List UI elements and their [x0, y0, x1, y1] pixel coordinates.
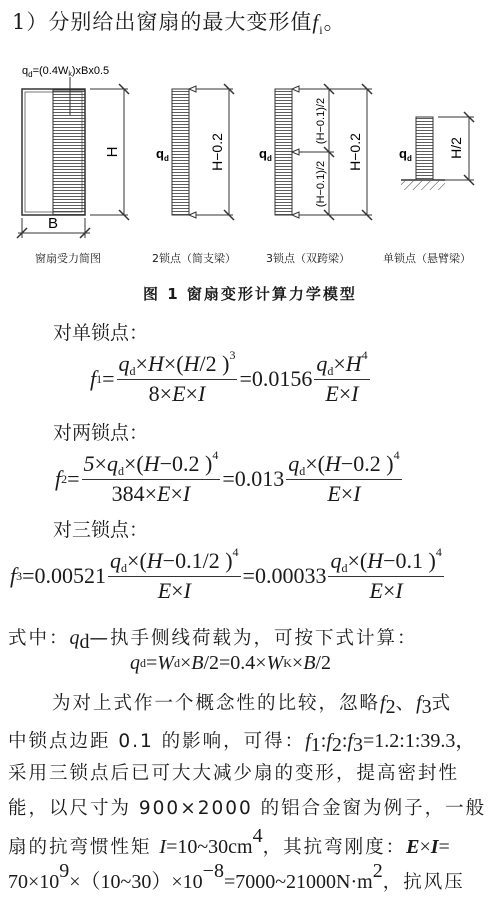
label-three-lock: 对三锁点：	[53, 515, 148, 542]
paragraph-line-2: 中锁点边距 0.1 的影响，可得：f1:f2:f3=1.2:1:39.3，	[8, 724, 475, 757]
caption-single-lock: 单锁点（悬臂梁）	[383, 250, 471, 266]
figure-caption: 图 1 窗扇变形计算力学模型	[0, 283, 500, 304]
svg-text:(H−0.1)/2: (H−0.1)/2	[315, 98, 327, 144]
svg-text:H−0.2: H−0.2	[347, 133, 363, 171]
two-lock-diagram: qd H−0.2	[156, 84, 234, 220]
qd-formula: qd=Wd×B/2=0.4×WK×B/2	[130, 652, 331, 675]
single-lock-diagram: qd H/2	[399, 112, 474, 190]
equation-f1: f1= qd×H×(H/2 )38×E×I =0.0156 qd×H4E×I	[90, 352, 372, 406]
caption-two-lock: 2锁点（简支梁）	[152, 250, 236, 266]
load-formula: qd=(0.4Wk)xBx0.5	[22, 65, 109, 79]
label-two-lock: 对两锁点：	[53, 418, 148, 445]
paragraph-line-6: 70×109×（10~30）×10−8=7000~21000N·m2，抗风压	[8, 864, 465, 894]
svg-text:B: B	[48, 215, 58, 232]
paragraph-line-4: 能，以尺寸为 900×2000 的铝合金窗为例子，一般	[8, 794, 486, 820]
caption-three-lock: 3锁点（双跨梁）	[266, 250, 350, 266]
label-single-lock: 对单锁点：	[53, 318, 148, 345]
heading-suffix: 。	[324, 10, 346, 34]
svg-text:qd: qd	[399, 146, 412, 163]
heading-var: fi	[312, 10, 323, 34]
svg-text:(H−0.1)/2: (H−0.1)/2	[315, 161, 327, 207]
caption-sash: 窗扇受力简图	[35, 250, 101, 266]
equation-f3: f3=0.00521 qd×(H−0.1/2 )4E×I =0.00033 qd…	[10, 549, 446, 603]
sash-load-diagram: qd=(0.4Wk)xBx0.5 H B	[17, 65, 129, 238]
svg-text:qd: qd	[156, 146, 169, 163]
paragraph-line-5: 扇的抗弯惯性矩 I=10~30cm4，其抗弯刚度：E×I=	[8, 829, 450, 859]
three-lock-diagram: qd (H−0.1)/2 (H−0.1)/2 H−0.2	[259, 84, 372, 220]
paragraph-line-1: 为对上式作一个概念性的比较，忽略f2、f3式	[52, 689, 452, 719]
svg-text:H−0.2: H−0.2	[209, 133, 225, 171]
mechanics-figure: qd=(0.4Wk)xBx0.5 H B qd H−0.2 qd	[0, 55, 500, 280]
heading-text: 1）分别给出窗扇的最大变形值	[12, 10, 312, 34]
equation-f2: f2= 5×qd×(H−0.2 )4384×E×I =0.013 qd×(H−0…	[55, 452, 404, 506]
svg-text:H: H	[104, 147, 121, 158]
paragraph-line-3: 采用三锁点后已可大大减少扇的变形，提高密封性	[8, 759, 459, 785]
svg-text:H/2: H/2	[448, 137, 464, 159]
section-heading: 1）分别给出窗扇的最大变形值fi。	[12, 6, 346, 38]
svg-text:qd: qd	[259, 146, 272, 163]
where-text: 式中：qd—执手侧线荷载为，可按下式计算：	[8, 624, 418, 654]
